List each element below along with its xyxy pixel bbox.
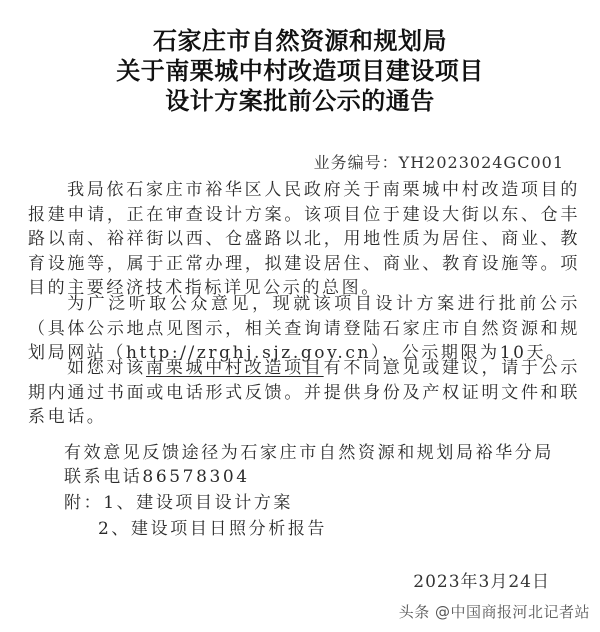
paragraph-3-text: 如您对该南栗城中村改造项目有不同意见或建议，请于公示期内通过书面或电话形式反馈。… bbox=[28, 356, 580, 430]
project-name-underlined: 南栗城中村改造项目 bbox=[146, 358, 324, 378]
serial-label: 业务编号： bbox=[314, 153, 399, 172]
title-line-3: 设计方案批前公示的通告 bbox=[0, 86, 600, 116]
attachment-2: 2、建设项目日照分析报告 bbox=[98, 514, 327, 539]
paragraph-feedback-request: 如您对该南栗城中村改造项目有不同意见或建议，请于公示期内通过书面或电话形式反馈。… bbox=[28, 356, 580, 430]
source-watermark: 头条 @中国商报河北记者站 bbox=[399, 601, 590, 622]
paragraph-project-description: 我局依石家庄市裕华区人民政府关于南栗城中村改造项目的报建申请，正在审查设计方案。… bbox=[28, 178, 580, 301]
paragraph-1-text: 我局依石家庄市裕华区人民政府关于南栗城中村改造项目的报建申请，正在审查设计方案。… bbox=[28, 178, 580, 301]
feedback-channel: 有效意见反馈途径为石家庄市自然资源和规划局裕华分局 bbox=[64, 438, 554, 463]
title-line-1: 石家庄市自然资源和规划局 bbox=[0, 26, 600, 56]
business-serial: 业务编号：YH2023024GC001 bbox=[314, 150, 564, 173]
notice-date: 2023年3月24日 bbox=[413, 567, 550, 592]
paragraph-2-text: 为广泛听取公众意见，现就该项目设计方案进行批前公示（具体公示地点见图示，相关查询… bbox=[28, 292, 580, 366]
paragraph-3-prefix: 如您对该 bbox=[67, 358, 146, 378]
paragraph-public-notice: 为广泛听取公众意见，现就该项目设计方案进行批前公示（具体公示地点见图示，相关查询… bbox=[28, 292, 580, 366]
serial-number: YH2023024GC001 bbox=[399, 153, 564, 172]
attachment-1: 附：1、建设项目设计方案 bbox=[64, 488, 293, 513]
notice-title: 石家庄市自然资源和规划局 关于南栗城中村改造项目建设项目 设计方案批前公示的通告 bbox=[0, 26, 600, 116]
title-line-2: 关于南栗城中村改造项目建设项目 bbox=[0, 56, 600, 86]
contact-phone: 联系电话86578304 bbox=[64, 462, 250, 487]
